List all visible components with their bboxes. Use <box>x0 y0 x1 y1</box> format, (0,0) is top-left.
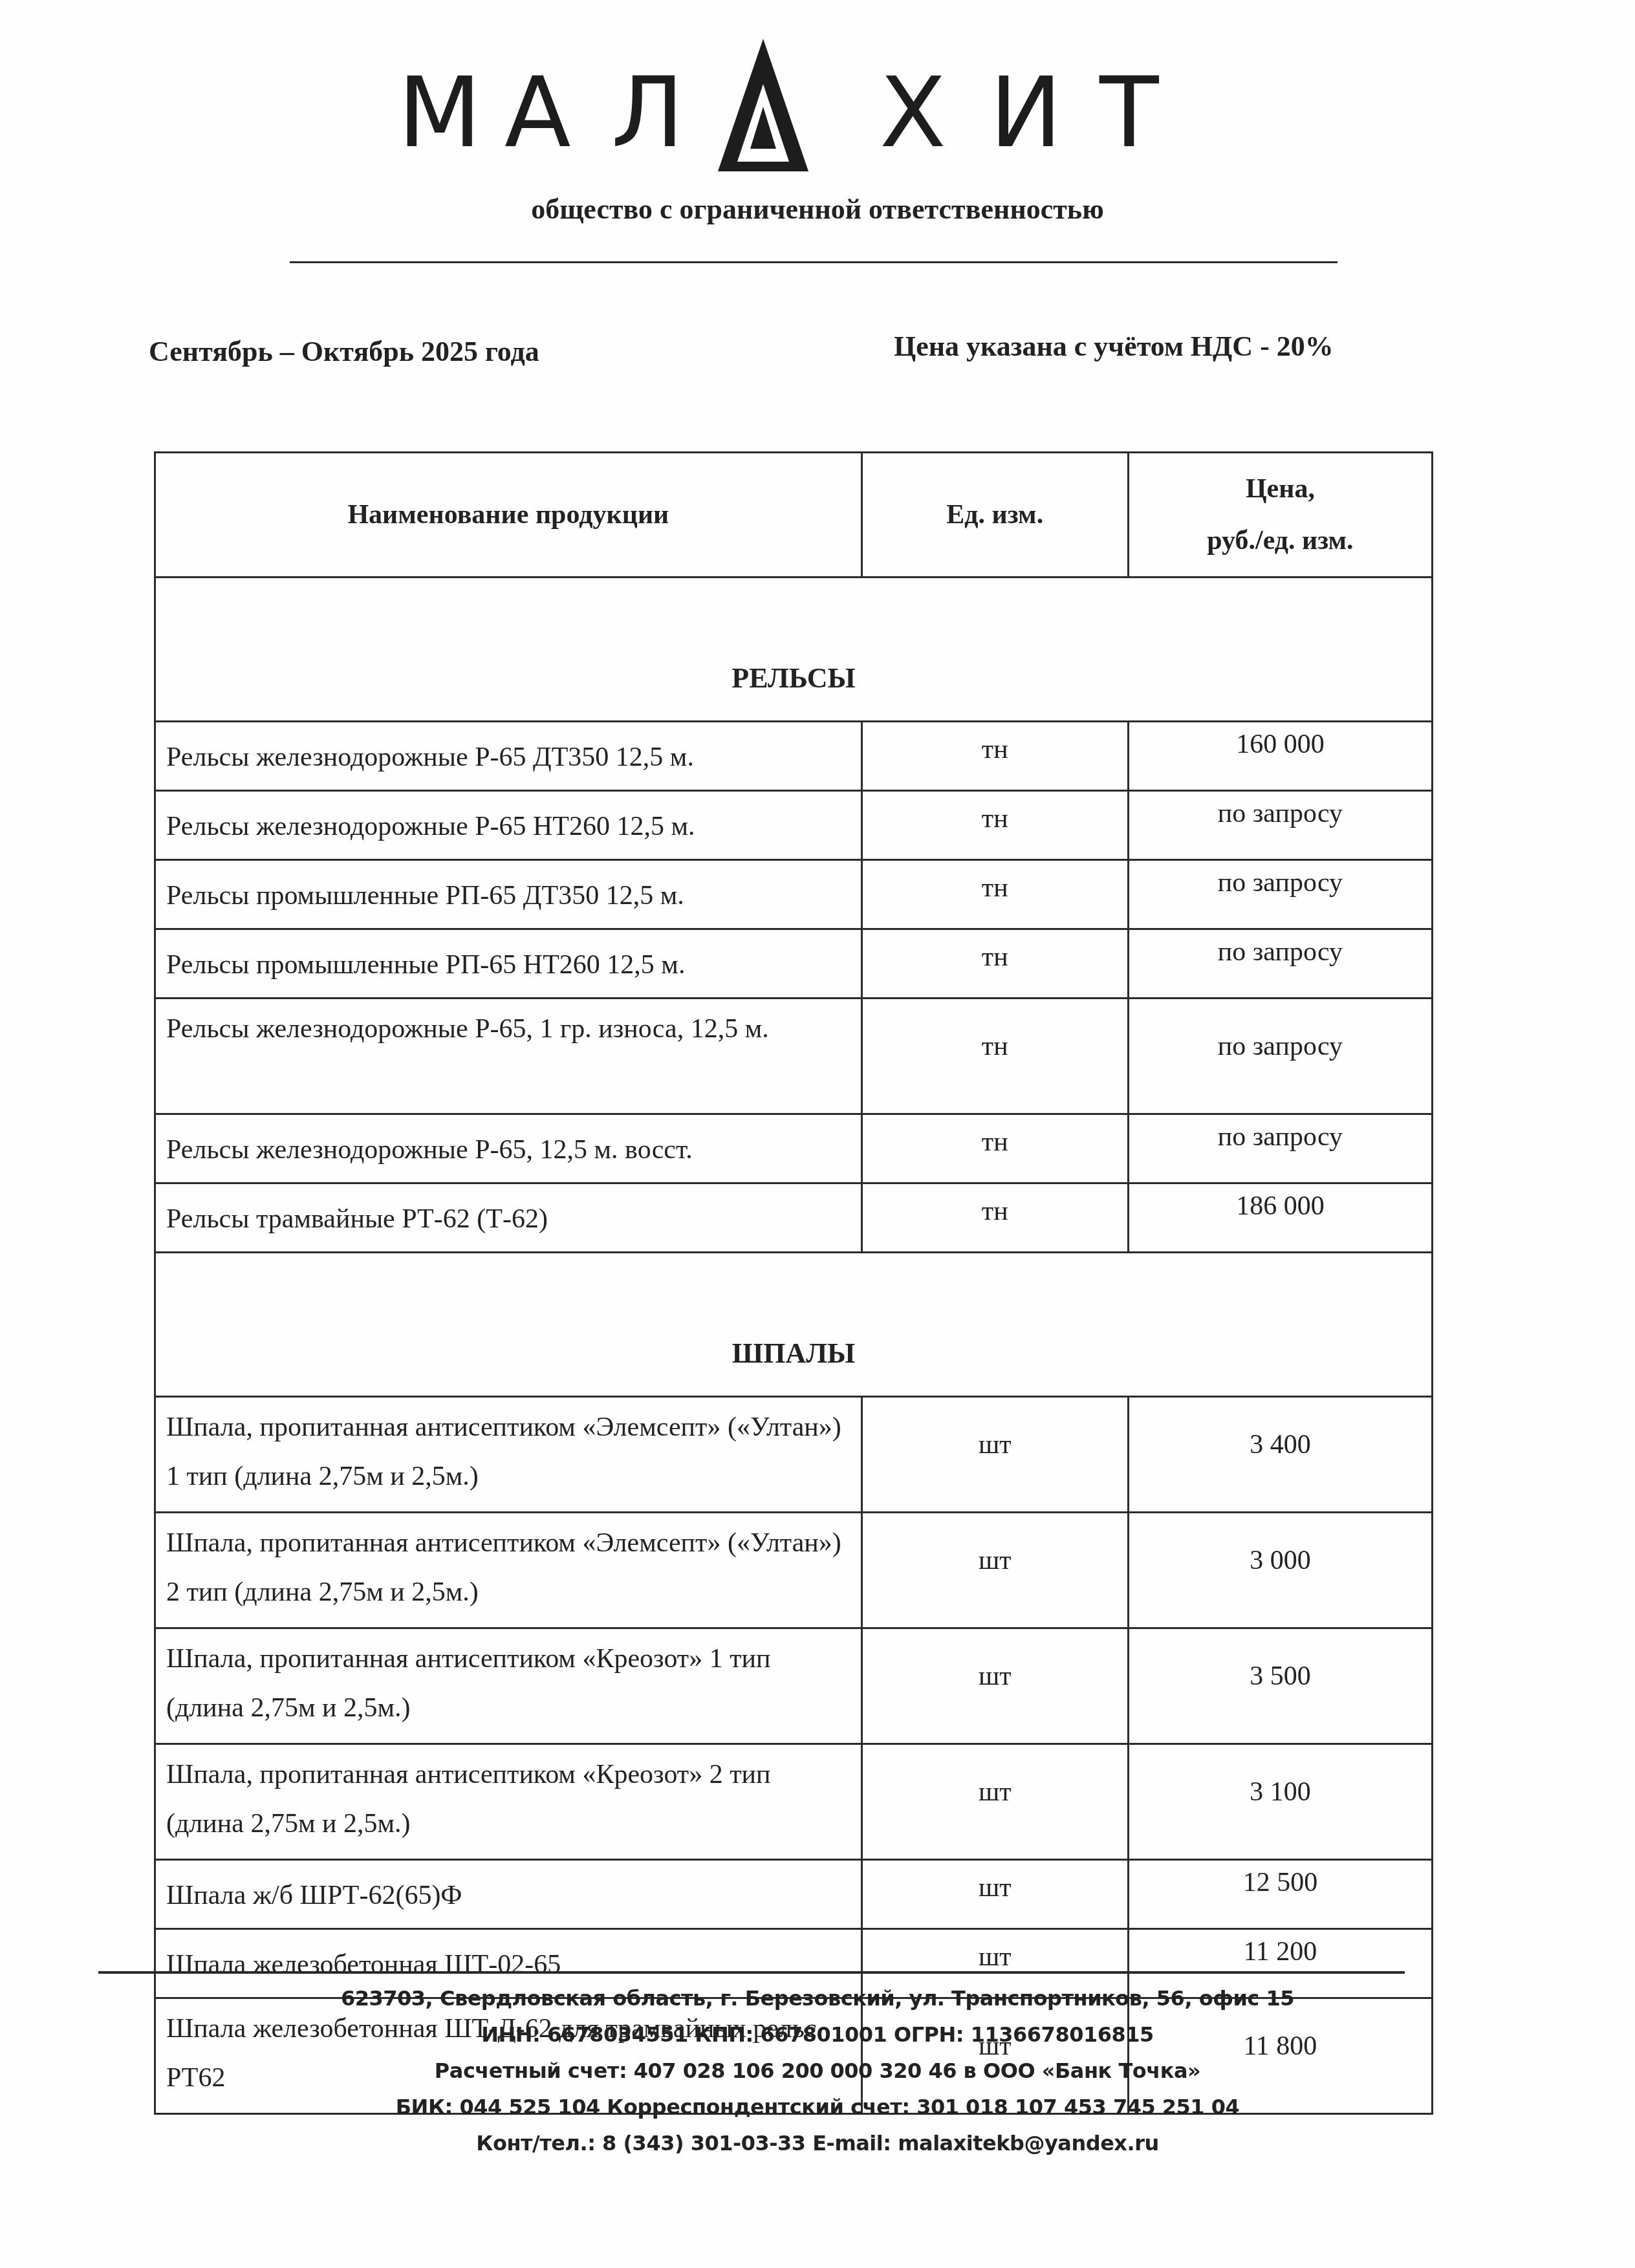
product-unit: шт <box>861 1860 1128 1929</box>
logo-letter: А <box>504 65 571 162</box>
company-logo: М А Л Х И Т <box>398 52 1226 175</box>
product-name: Рельсы трамвайные РТ-62 (Т-62) <box>155 1183 862 1253</box>
price-header-line1: Цена, <box>1129 463 1431 515</box>
footer-divider <box>98 1971 1405 1974</box>
section-title: РЕЛЬСЫ <box>155 578 1433 722</box>
table-row: Рельсы железнодорожные Р-65 НТ260 12,5 м… <box>155 791 1433 860</box>
product-price: 3 500 <box>1128 1628 1432 1744</box>
table-header-row: Наименование продукции Ед. изм. Цена, ру… <box>155 453 1433 578</box>
product-unit: тн <box>861 860 1128 929</box>
product-unit: тн <box>861 999 1128 1114</box>
section-row-rails: РЕЛЬСЫ <box>155 578 1433 722</box>
footer-contacts: Конт/тел.: 8 (343) 301-03-33 E-mail: mal… <box>0 2125 1635 2161</box>
table-row: Рельсы промышленные РП-65 ДТ350 12,5 м. … <box>155 860 1433 929</box>
table-row: Шпала, пропитанная антисептиком «Креозот… <box>155 1744 1433 1860</box>
product-name: Рельсы промышленные РП-65 ДТ350 12,5 м. <box>155 860 862 929</box>
price-table: Наименование продукции Ед. изм. Цена, ру… <box>154 451 1433 2115</box>
column-header-price: Цена, руб./ед. изм. <box>1128 453 1432 578</box>
logo-letter: Л <box>611 65 684 162</box>
column-header-unit: Ед. изм. <box>861 453 1128 578</box>
product-name: Шпала, пропитанная антисептиком «Креозот… <box>155 1628 862 1744</box>
footer-account: Расчетный счет: 407 028 106 200 000 320 … <box>0 2053 1635 2089</box>
company-requisites: 623703, Свердловская область, г. Березов… <box>0 1980 1635 2161</box>
price-list-page: М А Л Х И Т общество с ограниченной отве… <box>0 0 1635 2268</box>
product-name: Шпала ж/б ШРТ-62(65)Ф <box>155 1860 862 1929</box>
product-name: Рельсы железнодорожные Р-65, 12,5 м. вос… <box>155 1114 862 1183</box>
product-price: 3 400 <box>1128 1397 1432 1513</box>
product-unit: шт <box>861 1628 1128 1744</box>
footer-address: 623703, Свердловская область, г. Березов… <box>0 1980 1635 2016</box>
section-title: ШПАЛЫ <box>155 1253 1433 1397</box>
product-unit: тн <box>861 1114 1128 1183</box>
product-name: Рельсы железнодорожные Р-65 НТ260 12,5 м… <box>155 791 862 860</box>
logo-letter: Х <box>880 65 946 162</box>
table-row: Рельсы железнодорожные Р-65, 1 гр. износ… <box>155 999 1433 1114</box>
company-legal-form: общество с ограниченной ответственностью <box>0 193 1635 226</box>
footer-registration: ИНН: 6678034551 КПП: 667801001 ОГРН: 113… <box>0 2016 1635 2053</box>
product-price: по запросу <box>1128 791 1432 860</box>
footer-bank: БИК: 044 525 104 Корреспондентский счет:… <box>0 2089 1635 2125</box>
table-row: Шпала ж/б ШРТ-62(65)Ф шт 12 500 <box>155 1860 1433 1929</box>
product-price: 3 000 <box>1128 1513 1432 1628</box>
product-unit: шт <box>861 1513 1128 1628</box>
table-row: Шпала, пропитанная антисептиком «Элемсеп… <box>155 1513 1433 1628</box>
product-unit: тн <box>861 929 1128 999</box>
logo-triangle-a-icon <box>718 39 808 175</box>
product-name: Шпала, пропитанная антисептиком «Элемсеп… <box>155 1397 862 1513</box>
price-period: Сентябрь – Октябрь 2025 года <box>149 335 539 368</box>
product-price: по запросу <box>1128 1114 1432 1183</box>
product-unit: шт <box>861 1744 1128 1860</box>
price-header-line2: руб./ед. изм. <box>1129 515 1431 567</box>
table-row: Рельсы железнодорожные Р-65 ДТ350 12,5 м… <box>155 722 1433 791</box>
product-price: по запросу <box>1128 860 1432 929</box>
table-row: Шпала, пропитанная антисептиком «Креозот… <box>155 1628 1433 1744</box>
product-name: Рельсы промышленные РП-65 НТ260 12,5 м. <box>155 929 862 999</box>
product-name: Шпала, пропитанная антисептиком «Креозот… <box>155 1744 862 1860</box>
logo-letter: И <box>990 65 1062 162</box>
table-row: Рельсы железнодорожные Р-65, 12,5 м. вос… <box>155 1114 1433 1183</box>
product-name: Шпала, пропитанная антисептиком «Элемсеп… <box>155 1513 862 1628</box>
header-divider <box>290 261 1337 263</box>
product-price: 186 000 <box>1128 1183 1432 1253</box>
product-price: 12 500 <box>1128 1860 1432 1929</box>
product-name: Рельсы железнодорожные Р-65, 1 гр. износ… <box>155 999 862 1114</box>
section-row-sleepers: ШПАЛЫ <box>155 1253 1433 1397</box>
product-unit: тн <box>861 791 1128 860</box>
product-unit: тн <box>861 1183 1128 1253</box>
column-header-name: Наименование продукции <box>155 453 862 578</box>
table-row: Рельсы промышленные РП-65 НТ260 12,5 м. … <box>155 929 1433 999</box>
product-price: 3 100 <box>1128 1744 1432 1860</box>
product-price: по запросу <box>1128 999 1432 1114</box>
product-unit: тн <box>861 722 1128 791</box>
table-row: Шпала, пропитанная антисептиком «Элемсеп… <box>155 1397 1433 1513</box>
logo-letter: Т <box>1099 65 1159 162</box>
product-unit: шт <box>861 1397 1128 1513</box>
table-row: Рельсы трамвайные РТ-62 (Т-62) тн 186 00… <box>155 1183 1433 1253</box>
product-name: Рельсы железнодорожные Р-65 ДТ350 12,5 м… <box>155 722 862 791</box>
vat-note: Цена указана с учётом НДС - 20% <box>894 330 1334 363</box>
product-price: 160 000 <box>1128 722 1432 791</box>
logo-letter: М <box>398 65 481 162</box>
product-price: по запросу <box>1128 929 1432 999</box>
